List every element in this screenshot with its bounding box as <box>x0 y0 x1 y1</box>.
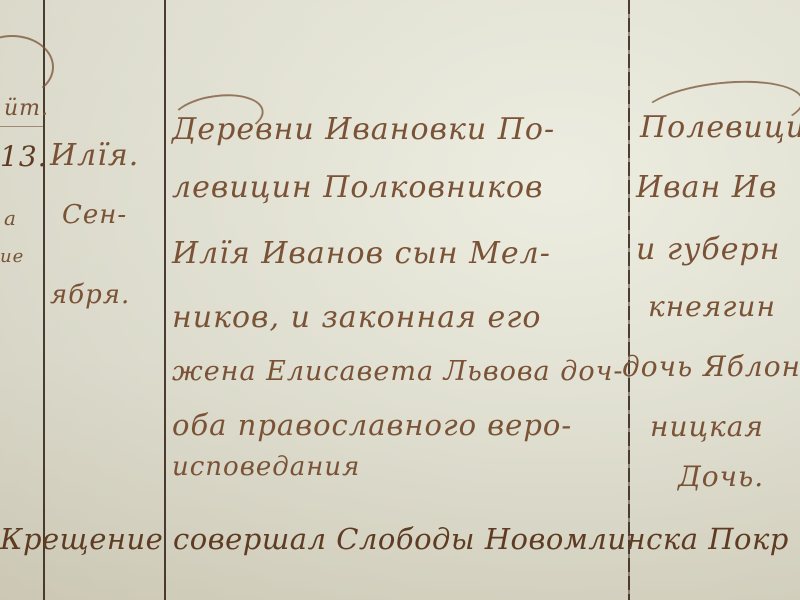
edge-underline <box>0 126 43 127</box>
parents-line: Илїя Иванов сын Мел- <box>172 236 551 271</box>
edge-text-line: 13. <box>0 140 48 173</box>
godparents-line: ницкая <box>650 410 764 443</box>
godparents-line: Иван Ив <box>636 170 777 205</box>
birth-month: ября. <box>50 280 130 310</box>
column-rule-3 <box>628 0 630 600</box>
parents-line: Деревни Ивановки По- <box>172 112 555 147</box>
godparents-line: Дочь. <box>678 460 764 493</box>
baptism-performed-line: Крещение совершал Слободы Новомлинска По… <box>0 522 789 556</box>
godparents-line: кнеягин <box>648 290 776 323</box>
parents-line: ников, и законная его <box>172 300 541 335</box>
edge-text-line: а <box>4 206 17 230</box>
column-rule-1 <box>43 0 45 600</box>
godparents-line: дочь Яблон <box>622 350 800 383</box>
parents-line: жена Елисавета Львова доч- <box>172 356 624 387</box>
parents-line: левицин Полковников <box>172 170 543 205</box>
column-rule-2 <box>164 0 166 600</box>
edge-text-line: ӥт. <box>4 96 49 121</box>
birth-month: Сен- <box>62 200 127 230</box>
godparents-line: и губерн <box>636 232 780 267</box>
godparents-line: Полевицин <box>640 110 800 145</box>
parents-line: исповедания <box>172 452 360 482</box>
child-name: Илїя. <box>50 138 139 173</box>
edge-text-line: ие <box>0 246 24 267</box>
parents-line: оба православного веро- <box>172 408 572 442</box>
